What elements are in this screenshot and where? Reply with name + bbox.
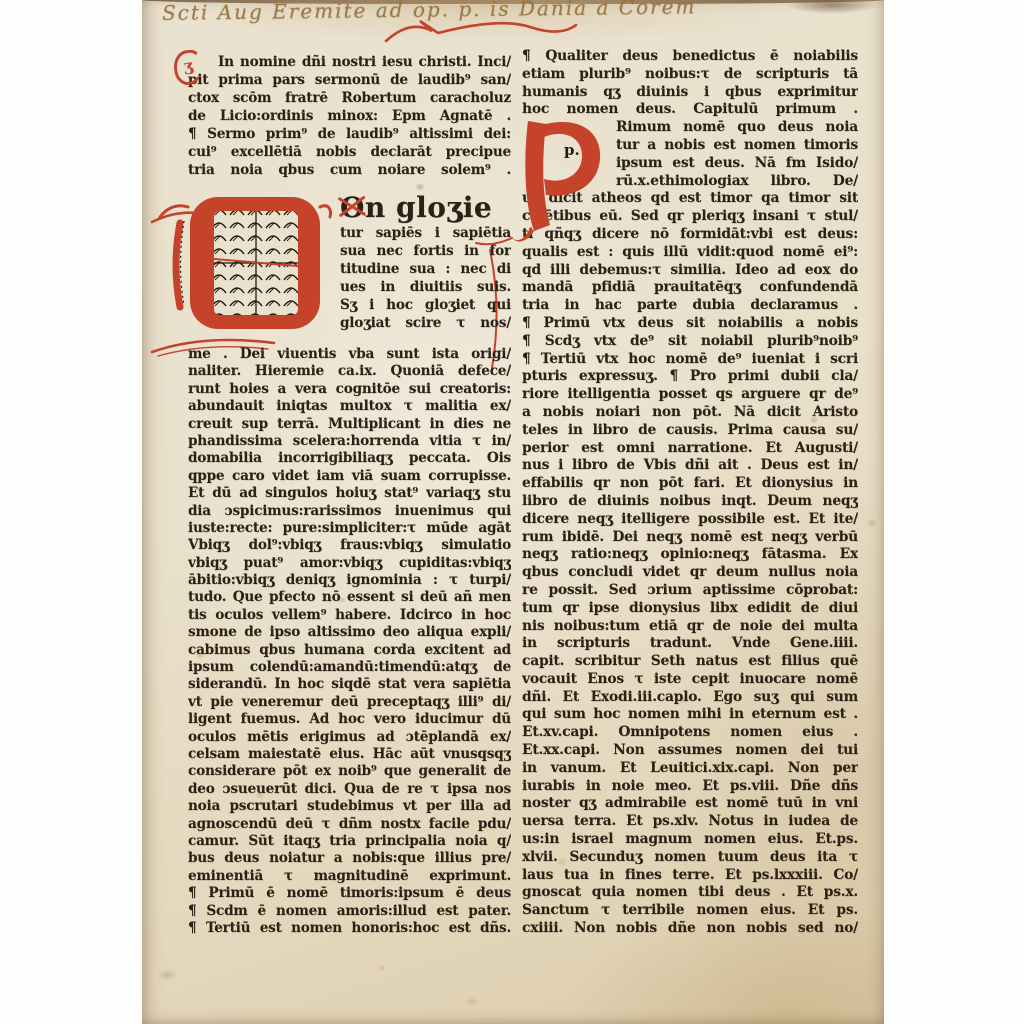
text-line: capit. scribitur Seth natus est filius q… (522, 653, 858, 671)
text-line: rum ibidē. Dei neqʒ nomē est neqʒ verbū (522, 529, 858, 547)
text-line: ues in diuitiis suis. (340, 278, 511, 296)
heading-line: cui⁹ excellētiā nobis declarāt precipue (188, 143, 511, 161)
left-body: me . Dei viuentis vba sunt ista origi/na… (188, 346, 511, 937)
heading-line: humanis qʒ diuinis i qbus exprimitur (522, 84, 858, 102)
text-line: xlvii. Secunduʒ nomen tuum deus ita τ (522, 849, 858, 867)
decorated-initial-n (174, 191, 332, 337)
text-line: Et dū ad singulos hoiuʒ stat⁹ variaqʒ st… (188, 485, 511, 502)
text-line: tum qr ipse dionysius libx edidit de diu… (522, 600, 858, 618)
heading-first-row: ʒ In nomine dñi nostri iesu christi. Inc… (188, 53, 511, 71)
text-line: agnoscendū deū τ dñm nostx facile pdu/ (188, 816, 511, 833)
photo-background: Scti Aug Eremite ad op. p. is Dania a Co… (0, 0, 1024, 1024)
text-line: smone de ipso altissimo deo aliqua expli… (188, 624, 511, 641)
text-line: perior est omni narratione. Et Augusti/ (522, 440, 858, 458)
opening-big-line: On gloʒie (340, 191, 511, 224)
lombard-initial-p: p. (522, 119, 616, 190)
text-line: Et.xv.capi. Omnipotens nomen eius . (522, 724, 858, 742)
heading-line: In nomine dñi nostri iesu christi. Inci/ (218, 53, 511, 71)
text-line: ābitio:vbiqʒ deniqʒ ignominia : τ turpi/ (188, 572, 511, 589)
heading-line: etiam plurib⁹ noibus:τ de scripturis tā (522, 66, 858, 84)
heading-line: de Licio:ordinis minox: Epm Agnatē . (188, 107, 511, 125)
text-line: vocauit Enos τ iste cepit inuocare nomē (522, 671, 858, 689)
guide-letter: p. (564, 141, 580, 159)
heading-line: ¶ Qualiter deus benedictus ē noiabilis (522, 48, 858, 66)
text-line: Rimum nomē quo deus noia (616, 119, 858, 137)
right-body: us dicit atheos qd est timor qa timor si… (522, 190, 858, 937)
text-line: effabilis qr non pōt fari. Et dionysius … (522, 475, 858, 493)
text-line: abundauit iniqtas multox τ malitia ex/ (188, 398, 511, 415)
text-line: oculos mētis erigimus ad ɔtēplandā ex/ (188, 729, 511, 746)
text-line: qppe caro videt iam viā suam corrupisse. (188, 468, 511, 485)
text-line: ¶ Scdʒ vtx de⁹ sit noiabil plurib⁹noib⁹ (522, 333, 858, 351)
heading-line: tria noia qbus cum noiare solem⁹ . (188, 161, 511, 179)
left-heading: pit prima pars sermonū de laudib⁹ san/ct… (188, 71, 511, 179)
text-line: ¶ Tertiū vtx hoc nomē de⁹ iueniat i scri (522, 351, 858, 369)
text-line: tis oculos vellem⁹ habere. Idcirco in ho… (188, 607, 511, 624)
text-line: dñi. Et Exodi.iii.caplo. Ego suʒ qui sum (522, 689, 858, 707)
text-line: dia ɔspicimus:rarissimos inuenimus qui (188, 503, 511, 520)
text-line: ligent fuemus. Ad hoc vero iducimur dū (188, 711, 511, 728)
text-line: deo ɔsueuerūt dici. Qua de re τ ipsa nos (188, 781, 511, 798)
text-line: domabilia incorrigibiliaqʒ peccata. Ois (188, 450, 511, 467)
opening-initial-row-p: p. Rimum nomē quo deus noiatur a nobis e… (522, 119, 858, 190)
right-column: ¶ Qualiter deus benedictus ē noiabiliset… (522, 48, 858, 938)
text-line: ¶ Scdm ē nomen amoris:illud est pater. (188, 903, 511, 920)
text-line: camur. Sūt itaqʒ tria principalia noia q… (188, 833, 511, 850)
text-line: qbus concludi videt qr deum nullus noia (522, 564, 858, 582)
text-line: ¶ Primū vtx deus sit noiabilis a nobis (522, 315, 858, 333)
text-line: Et.xx.capi. Non assumes nomen dei tui (522, 742, 858, 760)
text-line: Sʒ i hoc gloʒiet qui (340, 296, 511, 314)
text-line: Vbiqʒ dol⁹:vbiqʒ fraus:vbiqʒ simulatio (188, 537, 511, 554)
text-line: tria in hac parte dubia declaramus . (522, 297, 858, 315)
text-line: ¶ Primū ē nomē timoris:ipsum ē deus (188, 885, 511, 902)
text-line: dicere neqʒ itelligere possibile est. Et… (522, 511, 858, 529)
text-line: libro de diuinis noibus inqt. Deum neqʒ (522, 493, 858, 511)
text-line: riore itelligentia posset qs arguere qr … (522, 386, 858, 404)
text-line: tur a nobis est nomen timoris (616, 137, 858, 155)
text-line: rū.x.ethimologiax libro. De/ (616, 173, 858, 191)
text-line: cxiiii. Non nobis dñe non nobis sed no/ (522, 920, 858, 938)
heading-line: ¶ Sermo prim⁹ de laudib⁹ altissimi dei: (188, 125, 511, 143)
text-line: re possit. Sed ɔrium aptissime cōprobat: (522, 582, 858, 600)
text-line: cabimus qbus humana corda excitent ad (188, 642, 511, 659)
text-line: bus deus noiatur a nobis:que illius pre/ (188, 850, 511, 867)
text-line: noia pscrutari studebimus vt per illa ad (188, 798, 511, 815)
text-line: naliter. Hieremie ca.ix. Quoniā defece/ (188, 363, 511, 380)
heading-line: ctox scōm fratrē Robertum caracholuz (188, 89, 511, 107)
text-line: vbiqʒ puat⁹ amor:vbiqʒ cupiditas:vbiqʒ (188, 555, 511, 572)
text-line: noster qʒ admirabile est nomē tuū in vni (522, 795, 858, 813)
text-line: siderandū. In hoc siqdē stat vera sapiēt… (188, 676, 511, 693)
heading-line: pit prima pars sermonū de laudib⁹ san/ (188, 71, 511, 89)
text-line: nus i libro de Vbis dñi ait . Deus est i… (522, 457, 858, 475)
text-line: pturis expressuʒ. ¶ Pro primi dubii cla/ (522, 368, 858, 386)
text-line: vt pie veneremur deū preceptaqʒ illi⁹ di… (188, 694, 511, 711)
text-line: a nobis noiari non pōt. Nā dicit Aristo (522, 404, 858, 422)
slashed-guide-initial: O (340, 191, 365, 224)
text-line: tudo. Que pfecto nō essent si deū añ men (188, 589, 511, 606)
text-line: considerare pōt ex noib⁹ que generalit d… (188, 763, 511, 780)
text-line: titudine sua : nec di (340, 260, 511, 278)
text-line: teles in libro de causis. Prima causa su… (522, 422, 858, 440)
text-line: ¶ Tertiū est nomen honoris:hoc est dñs. (188, 920, 511, 937)
opening-beside-lines-p: Rimum nomē quo deus noiatur a nobis est … (616, 119, 858, 190)
text-line: ipsum colendū:amandū:timendū:atqʒ de (188, 659, 511, 676)
text-line: nis noibus:tum etiā qr de noie dei multa (522, 618, 858, 636)
text-line: laus tua in fines terre. Et ps.lxxxiii. … (522, 867, 858, 885)
text-line: Sanctum τ terribile nomen eius. Et ps. (522, 902, 858, 920)
owner-inscription: Scti Aug Eremite ad op. p. is Dania a Co… (162, 0, 802, 25)
text-line: qd illi debemus:τ similia. Ideo ad eox d… (522, 262, 858, 280)
left-column: ʒ In nomine dñi nostri iesu christi. Inc… (188, 53, 511, 937)
opening-beside-lines: tur sapiēs i sapiētiasua nec fortis in f… (340, 224, 511, 332)
text-line: tur sapiēs i sapiētia (340, 224, 511, 242)
text-line: uersa terra. Et ps.xlv. Notus in iudea d… (522, 813, 858, 831)
text-line: phandissima scelera:horrenda vitia τ in/ (188, 433, 511, 450)
text-line: iuste:recte: pure:simpliciter:τ mūde agā… (188, 520, 511, 537)
text-line: gloʒiat scire τ nos/ (340, 314, 511, 332)
text-line: eminentiā τ magnitudinē exprimunt. (188, 868, 511, 885)
opening-initial-row: On gloʒie tur sapiēs i sapiētiasua nec f… (188, 191, 511, 337)
text-line: iurabis in noie meo. Et ps.viii. Dñe dñs (522, 778, 858, 796)
text-line: gnoscat quia nomen tibi deus . Et ps.x. (522, 884, 858, 902)
text-line: me . Dei viuentis vba sunt ista origi/ (188, 346, 511, 363)
text-line: mandā pfidiā prauitatēqʒ confundendā (522, 279, 858, 297)
opening-text: On gloʒie tur sapiēs i sapiētiasua nec f… (332, 191, 511, 337)
book-page: Scti Aug Eremite ad op. p. is Dania a Co… (142, 0, 884, 1024)
text-line: in scripturis tradunt. Vnde Gene.iiii. (522, 635, 858, 653)
text-line: runt hoies a vera cognitōe sui creatoris… (188, 381, 511, 398)
right-heading: ¶ Qualiter deus benedictus ē noiabiliset… (522, 48, 858, 119)
text-line: qui sum hoc nomen mihi in eternum est . (522, 706, 858, 724)
text-line: ipsum est deus. Nā fm Isido/ (616, 155, 858, 173)
text-line: in vanum. Et Leuitici.xix.capi. Non per (522, 760, 858, 778)
text-line: celsam maiestatē eius. Hāc aūt vnusqsqʒ (188, 746, 511, 763)
opening-big-rest: n gloʒie (365, 191, 492, 224)
text-line: us:in israel magnum nomen eius. Et.ps. (522, 831, 858, 849)
text-line: neqʒ ratio:neqʒ opinio:neqʒ fātasma. Ex (522, 546, 858, 564)
text-line: creuit sup terrā. Multiplicant in dies n… (188, 416, 511, 433)
